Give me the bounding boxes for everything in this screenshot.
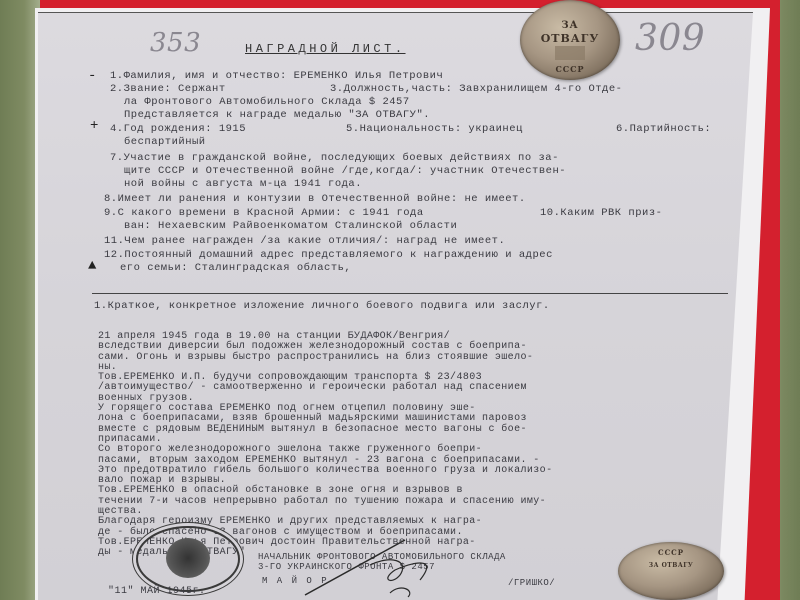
field-nationality: 5.Национальность: украинец [346, 123, 523, 135]
field-war-participation-cont: щите СССР и Отечественной войне /где,ког… [124, 165, 566, 177]
field-position: 3.Должность,часть: Завхранилищем 4-го От… [330, 83, 622, 95]
field-home-address: 12.Постоянный домашний адрес представляе… [104, 249, 553, 261]
field-rank: 2.Звание: Сержант [110, 83, 226, 95]
medal-text: ЗА [520, 20, 620, 31]
medal-for-courage-bottom: СССР ЗА ОТВАГУ [618, 542, 724, 600]
medal-for-courage-top: ЗА ОТВАГУ СССР [520, 0, 620, 80]
handwritten-signature [300, 535, 460, 600]
field-war-participation: 7.Участие в гражданской войне, последующ… [110, 152, 559, 164]
signature-name: /ГРИШКО/ [508, 578, 555, 588]
narrative-line: течении 7-и часов непрерывно работал по … [98, 497, 552, 507]
field-enlistment-office-cont: ван: Нехаевским Райвоенкоматом Сталинско… [124, 220, 457, 232]
field-prior-awards: 11.Чем ранее награжден /за какие отличия… [104, 235, 505, 247]
narrative-line: вместе с рядовым ВЕДЕНИНЫМ вытянул в без… [98, 425, 552, 435]
margin-mark: - [88, 68, 97, 84]
nomination-line: Представляется к награде медалью "ЗА ОТВ… [124, 109, 430, 121]
field-party: 6.Партийность: [616, 123, 711, 135]
field-party-value: беспартийный [124, 136, 206, 148]
medal-text: ЗА ОТВАГУ [618, 562, 724, 569]
field-war-participation-end: ной войны с августа м-ца 1941 года. [124, 178, 362, 190]
section-heading: 1.Краткое, конкретное изложение личного … [94, 300, 550, 312]
tank-icon [555, 46, 585, 60]
field-home-address-cont: его семьи: Сталинградская область, [120, 262, 351, 274]
narrative: 21 апреля 1945 года в 19.00 на станции Б… [98, 332, 552, 559]
page-title: НАГРАДНОЙ ЛИСТ. [245, 42, 406, 56]
official-stamp [136, 526, 240, 592]
field-enlistment-office: 10.Каким РВК приз- [540, 207, 662, 219]
field-name: 1.Фамилия, имя и отчество: ЕРЕМЕНКО Илья… [110, 70, 443, 82]
field-army-since: 9.С какого времени в Красной Армии: с 19… [104, 207, 424, 219]
field-position-cont: ла Фронтового Автомобильного Склада $ 24… [124, 96, 410, 108]
margin-mark: + [90, 118, 99, 134]
stamp-emblem [166, 538, 210, 578]
margin-mark: ▲ [88, 258, 97, 274]
document-date: "11" МАЙ 1945г. [108, 586, 206, 597]
handwritten-number-left: 353 [150, 28, 201, 58]
handwritten-number-right: 309 [635, 18, 705, 59]
field-birth-year: 4.Год рождения: 1915 [110, 123, 246, 135]
medal-text: СССР [520, 64, 620, 74]
medal-text: СССР [618, 548, 724, 557]
medal-text: ОТВАГУ [520, 32, 620, 45]
narrative-line: сами. Огонь и взрывы быстро распространи… [98, 353, 552, 363]
field-wounds: 8.Имеет ли ранения и контузии в Отечеств… [104, 193, 526, 205]
award-sheet: 353 309 НАГРАДНОЙ ЛИСТ. - 1.Фамилия, имя… [0, 0, 800, 600]
section-divider [92, 293, 728, 294]
